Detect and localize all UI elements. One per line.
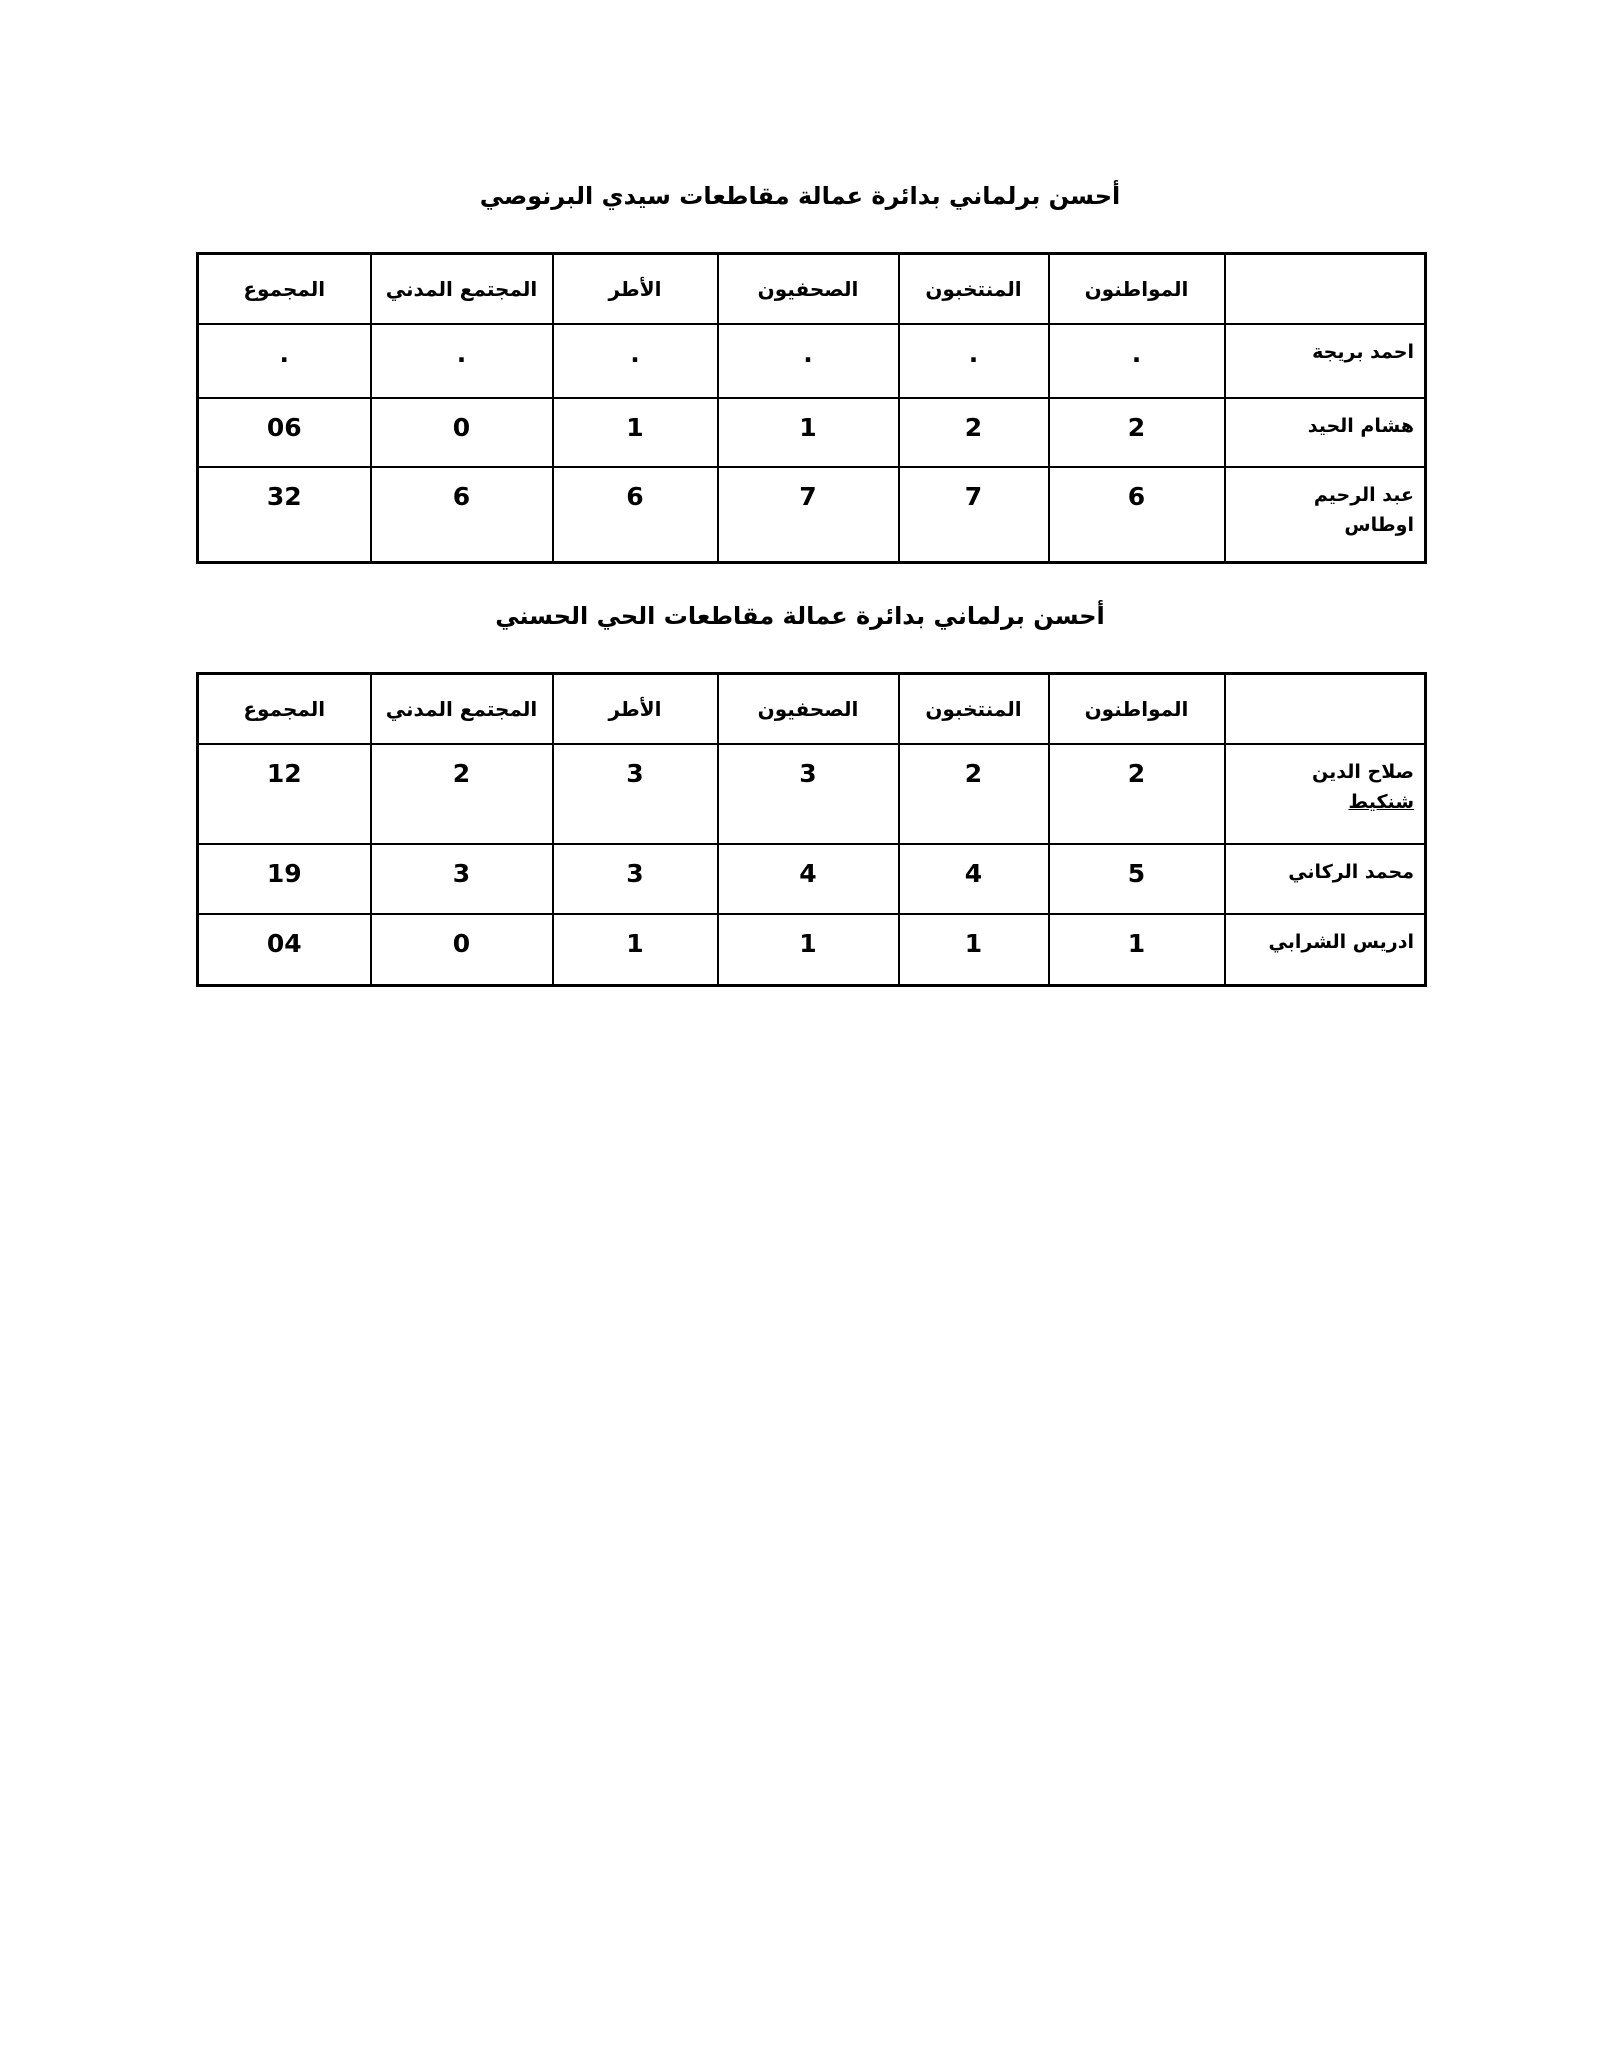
table-row: هشام الحيد 2 2 1 1 0 06: [198, 398, 1426, 467]
column-header-elected: المنتخبون: [899, 254, 1049, 324]
score-cell: 1: [718, 914, 899, 986]
column-header-cadres: الأطر: [553, 254, 718, 324]
score-cell: 6: [371, 467, 553, 563]
table2-hay-hassani: المواطنون المنتخبون الصحفيون الأطر المجت…: [196, 672, 1427, 987]
score-cell: 4: [718, 844, 899, 914]
candidate-name-cell: صلاح الدين شنكيط: [1225, 744, 1426, 844]
column-header-journalists: الصحفيون: [718, 254, 899, 324]
total-cell: 19: [198, 844, 371, 914]
table2-title: أحسن برلماني بدائرة عمالة مقاطعات الحي ا…: [196, 564, 1404, 630]
score-cell: 6: [1049, 467, 1225, 563]
score-cell: 3: [553, 744, 718, 844]
name-line: عبد الرحيم: [1230, 480, 1415, 510]
column-header-total: المجموع: [198, 254, 371, 324]
score-cell: 0: [371, 914, 553, 986]
table-row: ادريس الشرابي 1 1 1 1 0 04: [198, 914, 1426, 986]
score-cell: .: [899, 324, 1049, 398]
total-cell: 32: [198, 467, 371, 563]
score-cell: 3: [718, 744, 899, 844]
total-cell: .: [198, 324, 371, 398]
name-line: اوطاس: [1230, 510, 1415, 540]
candidate-name-cell: ادريس الشرابي: [1225, 914, 1426, 986]
column-header-cadres: الأطر: [553, 674, 718, 744]
total-cell: 04: [198, 914, 371, 986]
score-cell: .: [1049, 324, 1225, 398]
score-cell: 1: [899, 914, 1049, 986]
table-header-row: المواطنون المنتخبون الصحفيون الأطر المجت…: [198, 674, 1426, 744]
name-line: هشام الحيد: [1230, 411, 1415, 441]
document-content: أحسن برلماني بدائرة عمالة مقاطعات سيدي ا…: [196, 0, 1404, 987]
score-cell: 3: [553, 844, 718, 914]
score-cell: 1: [1049, 914, 1225, 986]
score-cell: 1: [553, 398, 718, 467]
total-cell: 12: [198, 744, 371, 844]
column-header-civil-society: المجتمع المدني: [371, 254, 553, 324]
name-line: احمد بريجة: [1230, 337, 1415, 367]
table1-title: أحسن برلماني بدائرة عمالة مقاطعات سيدي ا…: [196, 0, 1404, 210]
table-row: احمد بريجة . . . . . .: [198, 324, 1426, 398]
score-cell: 7: [899, 467, 1049, 563]
score-cell: .: [371, 324, 553, 398]
score-cell: 1: [553, 914, 718, 986]
score-cell: 2: [899, 744, 1049, 844]
name-line: ادريس الشرابي: [1230, 927, 1415, 957]
score-cell: 1: [718, 398, 899, 467]
score-cell: 2: [1049, 744, 1225, 844]
score-cell: 2: [371, 744, 553, 844]
score-cell: 2: [899, 398, 1049, 467]
score-cell: 3: [371, 844, 553, 914]
name-line: محمد الركاني: [1230, 857, 1415, 887]
candidate-name-cell: محمد الركاني: [1225, 844, 1426, 914]
column-header-journalists: الصحفيون: [718, 674, 899, 744]
corner-cell: [1225, 254, 1426, 324]
score-cell: 0: [371, 398, 553, 467]
candidate-name-cell: عبد الرحيم اوطاس: [1225, 467, 1426, 563]
score-cell: 4: [899, 844, 1049, 914]
score-cell: 2: [1049, 398, 1225, 467]
candidate-name-cell: احمد بريجة: [1225, 324, 1426, 398]
table1-sidi-bernoussi: المواطنون المنتخبون الصحفيون الأطر المجت…: [196, 252, 1427, 564]
column-header-elected: المنتخبون: [899, 674, 1049, 744]
candidate-name-cell: هشام الحيد: [1225, 398, 1426, 467]
column-header-citizens: المواطنون: [1049, 674, 1225, 744]
column-header-citizens: المواطنون: [1049, 254, 1225, 324]
table-row: محمد الركاني 5 4 4 3 3 19: [198, 844, 1426, 914]
score-cell: .: [718, 324, 899, 398]
score-cell: 5: [1049, 844, 1225, 914]
name-line: صلاح الدين: [1230, 757, 1415, 787]
total-cell: 06: [198, 398, 371, 467]
score-cell: 7: [718, 467, 899, 563]
table-row: عبد الرحيم اوطاس 6 7 7 6 6 32: [198, 467, 1426, 563]
column-header-total: المجموع: [198, 674, 371, 744]
name-line: شنكيط: [1230, 787, 1415, 817]
score-cell: .: [553, 324, 718, 398]
score-cell: 6: [553, 467, 718, 563]
table-header-row: المواطنون المنتخبون الصحفيون الأطر المجت…: [198, 254, 1426, 324]
document-page: { "page": {"background": "#ffffff", "tex…: [0, 0, 1600, 2071]
table-row: صلاح الدين شنكيط 2 2 3 3 2 12: [198, 744, 1426, 844]
corner-cell: [1225, 674, 1426, 744]
column-header-civil-society: المجتمع المدني: [371, 674, 553, 744]
